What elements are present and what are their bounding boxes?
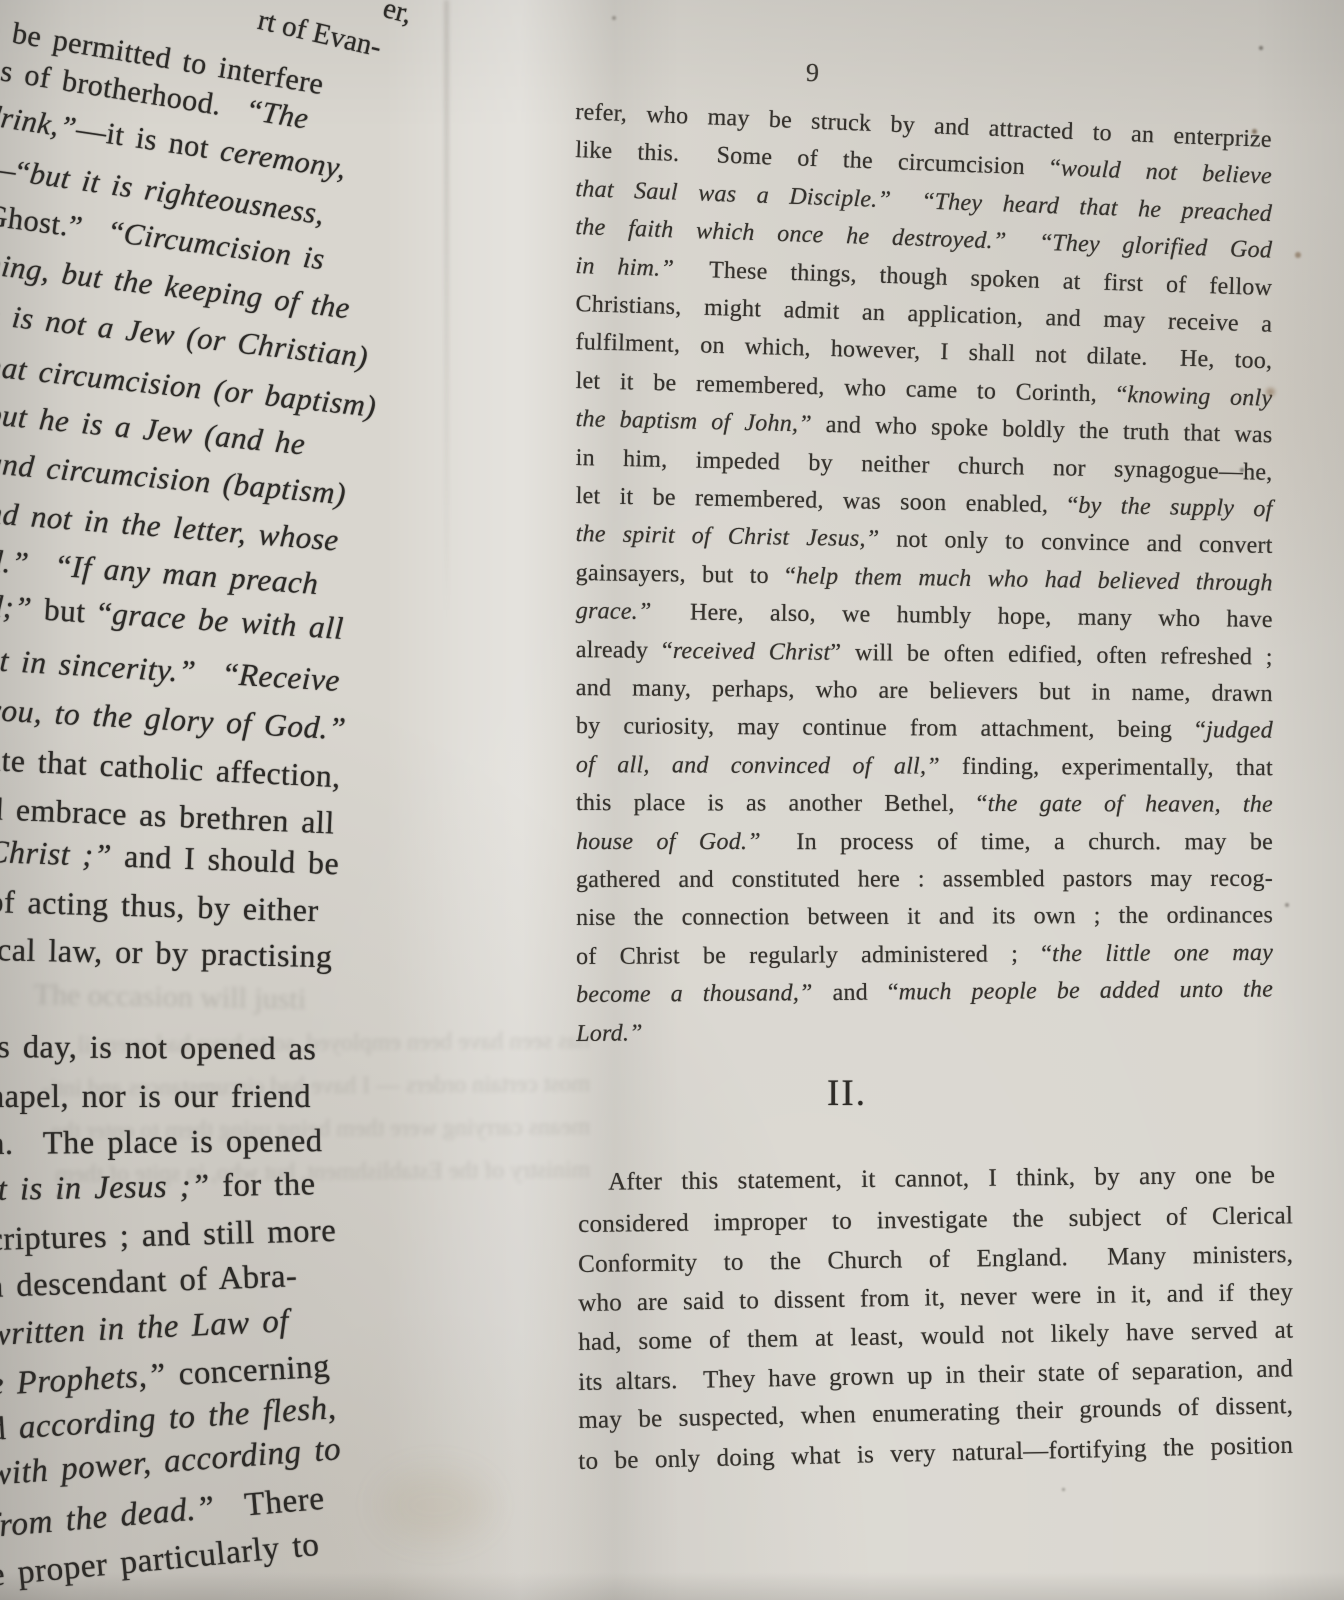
right-page-text-line: considered improper to investigate the s…: [578, 1201, 1293, 1240]
right-page-text-line: let it be remembered, was soon enabled, …: [575, 481, 1272, 524]
left-page-text-line: d embrace as brethren all: [0, 792, 335, 840]
right-page-text-line: may be suspected, when enumerating their…: [578, 1391, 1293, 1436]
left-page-text-line: written in the Law of: [0, 1304, 290, 1352]
left-page-text-line: a descendant of Abra-: [0, 1259, 298, 1304]
foxing-speck: [1295, 252, 1301, 258]
section-heading: II.: [812, 1072, 882, 1115]
right-page-text-line: its altars. They have grown up in their …: [578, 1354, 1293, 1398]
right-page-text-line: gathered and constituted here : assemble…: [576, 864, 1273, 895]
foxing-speck: [1240, 468, 1244, 472]
page-number: 9: [806, 58, 820, 88]
left-page-text-line: Christ ;” and I should be: [0, 835, 340, 881]
right-page-text-line: in him, impeded by neither church nor sy…: [575, 443, 1272, 488]
foxing-speck: [1062, 1488, 1065, 1491]
left-page-text-line: ate that catholic affection,: [0, 743, 342, 793]
foxing-speck: [1266, 388, 1275, 396]
foxing-speck: [1285, 903, 1289, 907]
right-page-text-line: of Christ be regularly administered ; “t…: [576, 938, 1273, 972]
left-page-text-line: criptures ; and still more: [0, 1214, 337, 1257]
foxing-speck: [612, 16, 616, 20]
right-page-text-line: After this statement, it cannot, I think…: [578, 1161, 1275, 1198]
right-page-text-line: nise the connection between it and its o…: [576, 901, 1273, 934]
book-photo: er, rt of Evan- The occasion will justi …: [0, 0, 1344, 1600]
right-page-text-line: gainsayers, but to “help them much who h…: [576, 558, 1273, 598]
right-page-text-line: grace.” Here, also, we humbly hope, many…: [576, 596, 1273, 635]
foxing-speck: [1252, 129, 1257, 134]
left-page-fragment: er,: [379, 0, 415, 31]
right-page-text-line: to be only doing what is very natural—fo…: [578, 1431, 1293, 1477]
left-page-text-line: of acting thus, by either: [0, 885, 319, 928]
right-page-text-line: become a thousand,” and “much people be …: [576, 975, 1273, 1011]
right-page-text-line: already “received Christ” will be often …: [576, 635, 1273, 673]
right-page-text-line: and many, perhaps, who are believers but…: [576, 673, 1273, 709]
right-page-text-line: who are said to dissent from it, never w…: [578, 1278, 1293, 1319]
right-page-text-line: by curiosity, may continue from attachme…: [576, 711, 1273, 746]
left-page-fragment: rt of Evan-: [255, 4, 385, 64]
left-page-text-line: ical law, or by practising: [0, 933, 333, 974]
book-gutter: [440, 0, 570, 1600]
bleed-through-text: The occasion will justi: [33, 978, 306, 1017]
right-page-text-line: Conformity to the Church of England. Man…: [578, 1240, 1293, 1280]
right-page-text-line: the spirit of Christ Jesus,” not only to…: [575, 519, 1272, 561]
foxing-speck: [1190, 758, 1195, 763]
right-page-text-line: Lord.”: [576, 1012, 1273, 1049]
foxing-speck: [57, 1194, 62, 1198]
left-page-text-line: st in sincerity.” “Receive: [0, 643, 341, 697]
right-page-text-line: this place is as another Bethel, “the ga…: [576, 788, 1273, 820]
right-page-text-line: house of God.” In process of time, a chu…: [576, 827, 1273, 857]
paper-stain: [380, 1470, 490, 1540]
foxing-speck: [1259, 46, 1263, 50]
right-page-text-line: had, some of them at least, would not li…: [578, 1316, 1293, 1358]
right-page-text-line: of all, and convinced of all,” finding, …: [576, 750, 1273, 783]
left-page-text-line: you, to the glory of God.”: [0, 693, 347, 746]
